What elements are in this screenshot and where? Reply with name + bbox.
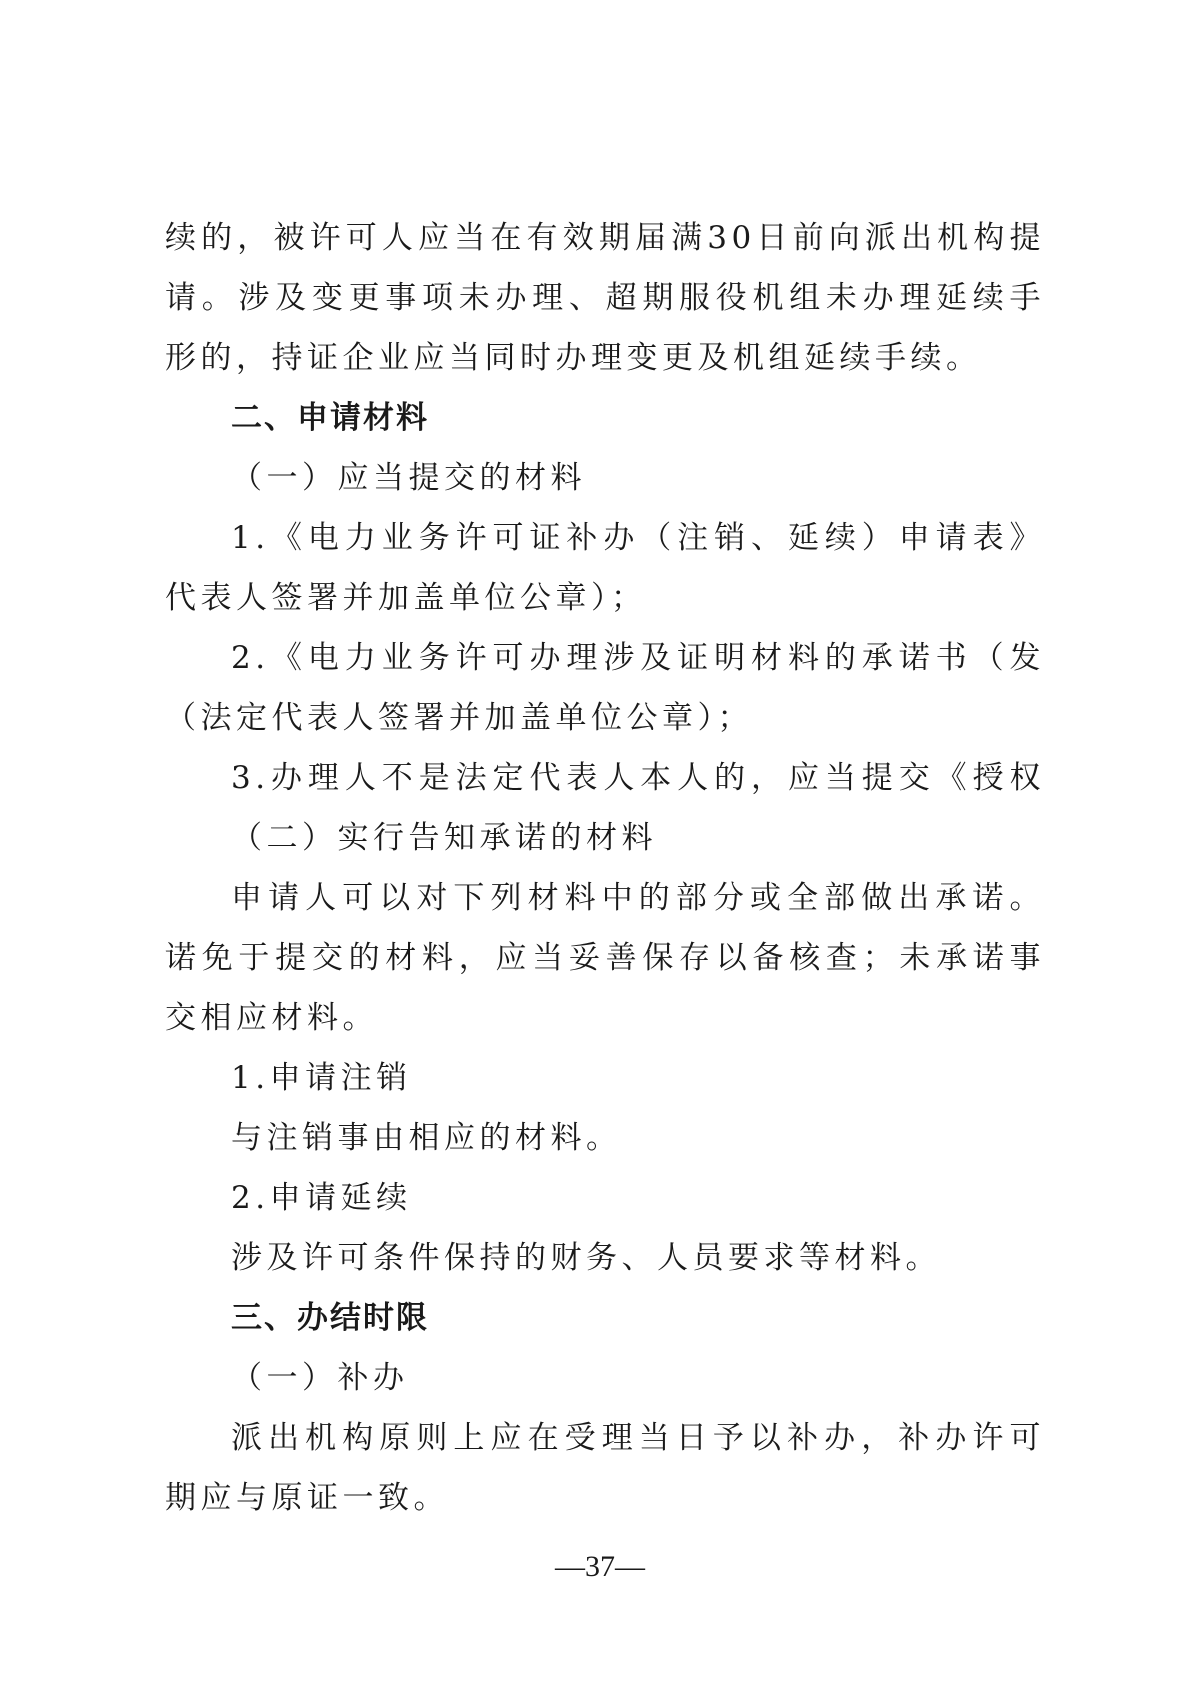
paragraph-line: 与注销事由相应的材料。	[165, 1108, 1045, 1168]
paragraph-line: 申请人可以对下列材料中的部分或全部做出承诺。通过承	[165, 868, 1045, 928]
paragraph-line: 期应与原证一致。	[165, 1468, 1045, 1528]
subsection-heading-commitment: （二）实行告知承诺的材料	[165, 808, 1045, 868]
paragraph-line: （法定代表人签署并加盖单位公章）；	[165, 688, 1045, 748]
list-item: 2.《电力业务许可办理涉及证明材料的承诺书（发电类）》	[165, 628, 1045, 688]
paragraph-line: 诺免于提交的材料，应当妥善保存以备核查；未承诺事项需提	[165, 928, 1045, 988]
paragraph-line: 请。涉及变更事项未办理、超期服役机组未办理延续手续等情	[165, 268, 1045, 328]
list-item: 2.申请延续	[165, 1168, 1045, 1228]
paragraph-line: 代表人签署并加盖单位公章）；	[165, 568, 1045, 628]
page-number: —37—	[0, 1550, 1200, 1584]
section-heading-materials: 二、申请材料	[165, 388, 1045, 448]
list-item: 1.申请注销	[165, 1048, 1045, 1108]
paragraph-line: 续的，被许可人应当在有效期届满30日前向派出机构提出申	[165, 208, 1045, 268]
document-body: 续的，被许可人应当在有效期届满30日前向派出机构提出申 请。涉及变更事项未办理、…	[165, 208, 1045, 1528]
paragraph-line: 派出机构原则上应在受理当日予以补办，补办许可证有效	[165, 1408, 1045, 1468]
section-heading-time-limit: 三、办结时限	[165, 1288, 1045, 1348]
paragraph-line: 形的，持证企业应当同时办理变更及机组延续手续。	[165, 328, 1045, 388]
paragraph-line: 交相应材料。	[165, 988, 1045, 1048]
list-item: 3.办理人不是法定代表人本人的，应当提交《授权委托书》。	[165, 748, 1045, 808]
subsection-heading-reissue: （一）补办	[165, 1348, 1045, 1408]
subsection-heading-required: （一）应当提交的材料	[165, 448, 1045, 508]
list-item: 1.《电力业务许可证补办（注销、延续）申请表》（法定	[165, 508, 1045, 568]
paragraph-line: 涉及许可条件保持的财务、人员要求等材料。	[165, 1228, 1045, 1288]
